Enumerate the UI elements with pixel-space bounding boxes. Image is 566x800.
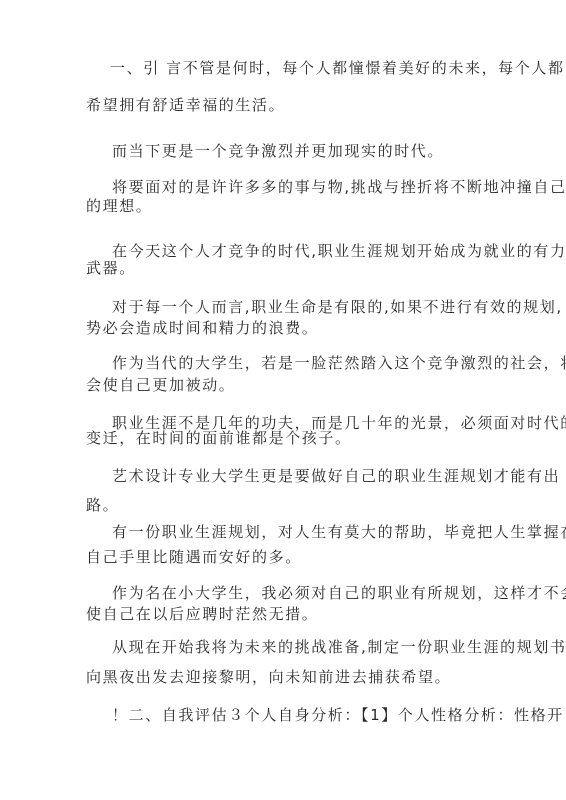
text-line: 而当下更是一个竞争激烈并更加现实的时代。	[112, 141, 444, 161]
text-line: 艺术设计专业大学生更是要做好自己的职业生涯规划才能有出	[112, 466, 560, 486]
text-line: 一、引 言不管是何时，每个人都憧憬着美好的未来，每个人都	[110, 58, 565, 78]
text-line: 在今天这个人才竞争的时代,职业生涯规划开始成为就业的有力	[112, 241, 566, 261]
text-line: 自己手里比随遇而安好的多。	[86, 547, 302, 567]
text-line: 的理想。	[86, 196, 152, 216]
text-line: 希望拥有舒适幸福的生活。	[86, 95, 285, 115]
text-line: 从现在开始我将为未来的挑战准备,制定一份职业生涯的规划书,	[112, 637, 566, 657]
text-line: 向黑夜出发去迎接黎明，向未知前进去捕获希望。	[86, 667, 451, 687]
text-line: 路。	[86, 495, 119, 515]
text-line: 势必会造成时间和精力的浪费。	[86, 318, 318, 338]
text-line: ！二、自我评估３个人自身分析：【1】个人性格分析：性格开	[112, 705, 564, 725]
document-page: 一、引 言不管是何时，每个人都憧憬着美好的未来，每个人都 希望拥有舒适幸福的生活…	[0, 0, 566, 800]
text-line: 变迁，在时间的面前谁都是个孩子。	[86, 428, 352, 448]
text-line: 作为当代的大学生，若是一脸茫然踏入这个竞争激烈的社会，将	[112, 353, 566, 373]
text-line: 使自己在以后应聘时茫然无措。	[86, 604, 318, 624]
text-line: 有一份职业生涯规划，对人生有莫大的帮助，毕竟把人生掌握在	[112, 522, 566, 542]
text-line: 武器。	[86, 258, 136, 278]
text-line: 作为名在小大学生，我必须对自己的职业有所规划，这样才不会	[112, 583, 566, 603]
text-line: 对于每一个人而言,职业生命是有限的,如果不进行有效的规划,	[112, 297, 563, 317]
text-line: 将要面对的是许许多多的事与物,挑战与挫折将不断地冲撞自己	[112, 177, 566, 197]
text-line: 会使自己更加被动。	[86, 375, 235, 395]
